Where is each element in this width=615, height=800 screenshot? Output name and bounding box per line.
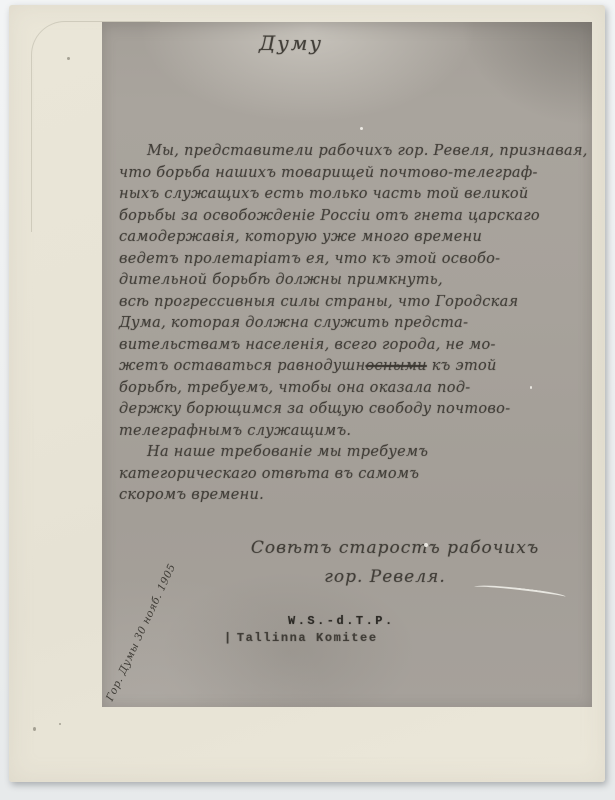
handwritten-line: жетъ оставаться равнодушносными къ этой (119, 356, 533, 378)
stamp-line: W.S.-d.T.P. (288, 614, 395, 628)
handwritten-line: ведетъ пролетаріатъ ея, что къ этой осво… (119, 249, 533, 271)
dust-speck (530, 386, 532, 389)
photo-paper: Думу Мы, представители рабочихъ гор. Рев… (9, 5, 605, 782)
dust-speck (67, 57, 70, 60)
handwritten-line: всѣ прогрессивныя силы страны, что Город… (119, 292, 533, 314)
scratch-mark (424, 543, 428, 547)
stamp-line: |Tallinna Komitee (224, 631, 378, 645)
handwritten-line: Мы, представители рабочихъ гор. Ревеля, … (119, 141, 533, 163)
dust-speck (33, 727, 36, 731)
handwritten-line: Дума, которая должна служить предста- (119, 313, 533, 335)
handwritten-line: вительствамъ населенія, всего города, не… (119, 335, 533, 357)
handwritten-line: скоромъ времени. (119, 485, 533, 507)
handwritten-line: На наше требованіе мы требуемъ (119, 442, 533, 464)
dust-speck (360, 127, 363, 130)
handwritten-line: телеграфнымъ служащимъ. (119, 421, 533, 443)
line-text: къ этой (427, 358, 497, 374)
handwritten-line: борьбы за освобожденіе Россіи отъ гнета … (119, 206, 533, 228)
signature-line: гор. Ревеля. (235, 567, 535, 587)
handwritten-line: держку борющимся за общую свободу почтов… (119, 399, 533, 421)
handwritten-line: что борьба нашихъ товарищей почтово-теле… (119, 163, 533, 185)
letter-heading: Думу (221, 31, 361, 55)
handwritten-line: ныхъ служащихъ есть только часть той вел… (119, 184, 533, 206)
marginal-annotation: Гор. Думы 30 нояб. 1905 (104, 537, 190, 703)
crossed-out-word: осными (365, 358, 426, 374)
stamp-text: Tallinna Komitee (237, 631, 378, 645)
scanner-background: Думу Мы, представители рабочихъ гор. Рев… (0, 0, 615, 800)
dust-speck (59, 723, 61, 725)
stamp-mark: | (224, 631, 233, 645)
handwritten-line: самодержавія, которую уже много времени (119, 227, 533, 249)
line-text: жетъ оставаться равнодушн (119, 358, 365, 374)
photographed-letter: Думу Мы, представители рабочихъ гор. Рев… (102, 22, 592, 707)
letter-body: Мы, представители рабочихъ гор. Ревеля, … (119, 141, 533, 507)
handwritten-line: категорическаго отвѣта въ самомъ (119, 464, 533, 486)
signature-line: Совѣтъ старостъ рабочихъ (245, 538, 545, 558)
handwritten-line: дительной борьбѣ должны примкнуть, (119, 270, 533, 292)
handwritten-line: борьбѣ, требуемъ, чтобы она оказала под- (119, 378, 533, 400)
